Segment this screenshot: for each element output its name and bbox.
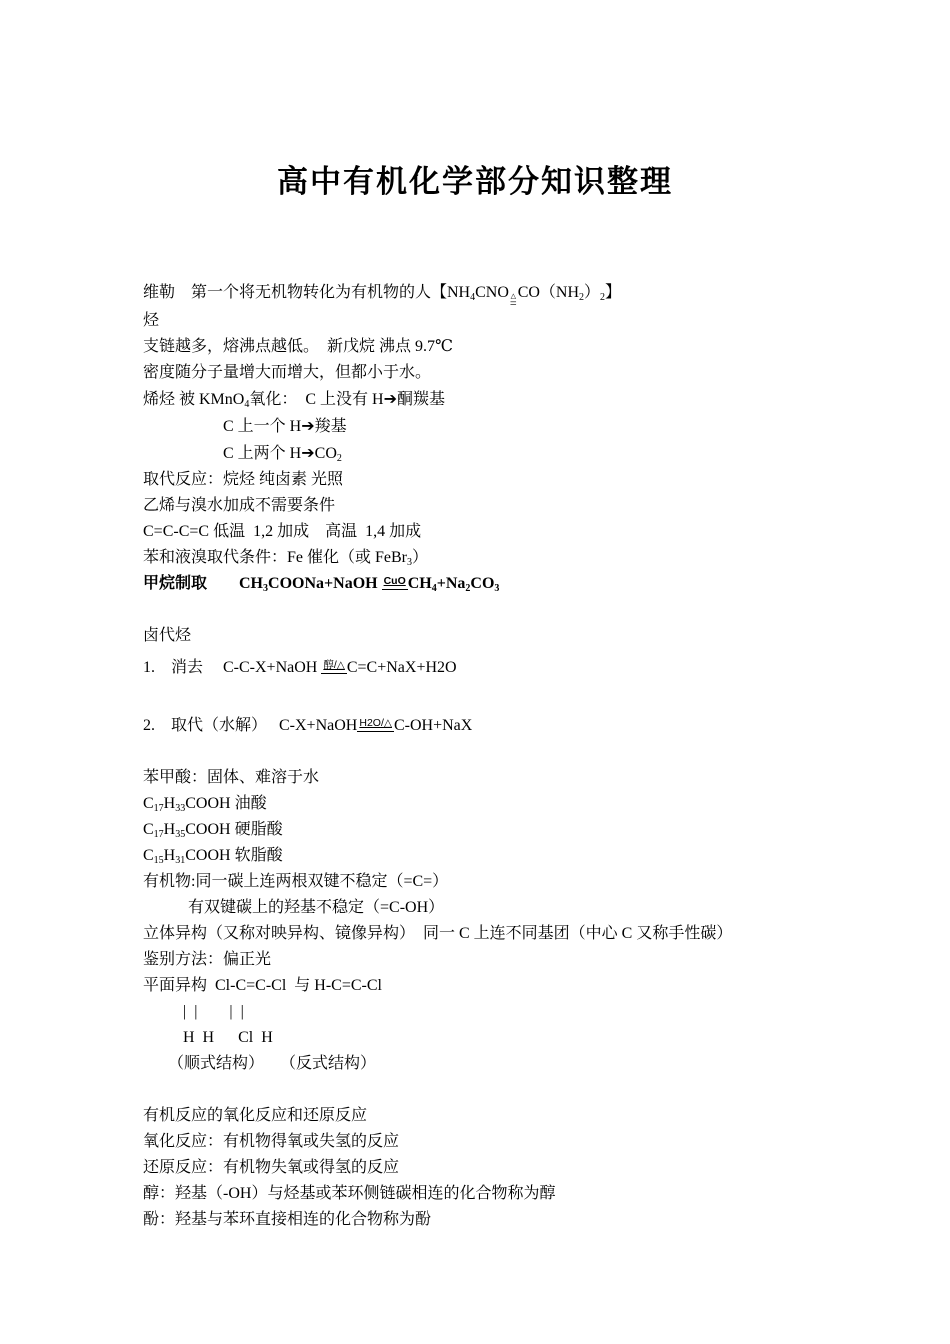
line-alcohol-def: 醇：羟基（-OH）与烃基或苯环侧链碳相连的化合物称为醇 bbox=[143, 1181, 883, 1207]
text-run: H H Cl H bbox=[183, 1029, 273, 1046]
text-run: 苯和液溴取代条件：Fe 催化（或 FeBr bbox=[143, 549, 407, 566]
page-title: 高中有机化学部分知识整理 bbox=[0, 156, 950, 201]
text-run: COOH 硬脂酸 bbox=[185, 821, 282, 838]
reaction-condition: 醇/△ bbox=[321, 660, 347, 674]
text-run: C-OH+NaX bbox=[394, 717, 472, 734]
text-run: CNO bbox=[475, 284, 509, 301]
text-run: CO bbox=[315, 445, 337, 462]
text-run: （顺式结构） （反式结构） bbox=[168, 1055, 376, 1072]
text-run: 醇：羟基（-OH）与烃基或苯环侧链碳相连的化合物称为醇 bbox=[143, 1185, 555, 1202]
text-run: 氧化反应：有机物得氧或失氢的反应 bbox=[143, 1133, 399, 1150]
line-density: 密度随分子量增大而增大，但都小于水。 bbox=[143, 360, 883, 386]
line-reduction-def: 还原反应：有机物失氧或得氢的反应 bbox=[143, 1155, 883, 1181]
line-phenol-def: 酚：羟基与苯环直接相连的化合物称为酚 bbox=[143, 1207, 883, 1233]
subscript: 35 bbox=[175, 829, 185, 840]
line-diene: C=C-C=C 低温 1,2 加成 高温 1,4 加成 bbox=[143, 519, 883, 545]
text-run: 氧化： C 上没有 H bbox=[249, 391, 383, 408]
line-blank bbox=[143, 597, 883, 623]
text-run: 烯烃 被 KMnO bbox=[143, 391, 244, 408]
text-run: 苯甲酸：固体、难溶于水 bbox=[143, 769, 319, 786]
right-arrow-icon: ➔ bbox=[301, 443, 314, 462]
text-run: H bbox=[164, 847, 176, 864]
text-run: CO（NH bbox=[518, 284, 579, 301]
line-redox-title: 有机反应的氧化反应和还原反应 bbox=[143, 1103, 883, 1129]
text-run: 有机物:同一碳上连两根双键不稳定（=C=） bbox=[143, 873, 448, 890]
text-run: 乙烯与溴水加成不需要条件 bbox=[143, 497, 335, 514]
text-run: 平面异构 Cl-C=C-Cl 与 H-C=C-Cl bbox=[143, 977, 382, 994]
line-benzene-bromine: 苯和液溴取代条件：Fe 催化（或 FeBr3） bbox=[143, 545, 883, 571]
line-haloalkane: 卤代烃 bbox=[143, 623, 883, 649]
line-blank bbox=[143, 681, 883, 707]
text-run: CH bbox=[408, 575, 432, 592]
subscript: 3 bbox=[494, 583, 499, 594]
text-run: 2. 取代（水解） C-X+NaOH bbox=[143, 717, 357, 734]
text-run: ） bbox=[584, 284, 600, 301]
subscript: 15 bbox=[154, 855, 164, 866]
text-run: C 上一个 H bbox=[223, 418, 301, 435]
reaction-condition: H2O/△ bbox=[357, 718, 394, 732]
text-run: +Na bbox=[437, 575, 466, 592]
text-run: 烃 bbox=[143, 312, 159, 329]
line-substitution: 取代反应：烷烃 纯卤素 光照 bbox=[143, 467, 883, 493]
line-planar-isomer: 平面异构 Cl-C=C-Cl 与 H-C=C-Cl bbox=[143, 973, 883, 999]
line-palmitic-acid: C15H31COOH 软脂酸 bbox=[143, 843, 883, 869]
line-hydrocarbon: 烃 bbox=[143, 308, 883, 334]
subscript: 31 bbox=[175, 855, 185, 866]
text-run: CO bbox=[470, 575, 494, 592]
text-run: | | | | bbox=[183, 1003, 244, 1020]
subscript: 2 bbox=[337, 453, 342, 464]
line-atoms: H H Cl H bbox=[143, 1025, 883, 1051]
text-run: 取代反应：烷烃 纯卤素 光照 bbox=[143, 471, 343, 488]
line-hydrolysis: 2. 取代（水解） C-X+NaOHH2O/△C-OH+NaX bbox=[143, 713, 883, 739]
text-run: C=C+NaX+H2O bbox=[347, 659, 457, 676]
text-run: 密度随分子量增大而增大，但都小于水。 bbox=[143, 364, 431, 381]
line-one-h: C 上一个 H➔羧基 bbox=[143, 413, 883, 440]
line-cis-trans: （顺式结构） （反式结构） bbox=[143, 1051, 883, 1077]
text-run: C=C-C=C 低温 1,2 加成 高温 1,4 加成 bbox=[143, 523, 421, 540]
text-run: H bbox=[164, 821, 176, 838]
text-run: 羧基 bbox=[315, 418, 347, 435]
line-identification: 鉴别方法：偏正光 bbox=[143, 947, 883, 973]
line-blank bbox=[143, 739, 883, 765]
text-run: 鉴别方法：偏正光 bbox=[143, 951, 271, 968]
line-stereoisomer: 立体异构（又称对映异构、镜像异构） 同一 C 上连不同基团（中心 C 又称手性碳… bbox=[143, 921, 883, 947]
line-wohler: 维勒 第一个将无机物转化为有机物的人【NH4CNO△=CO（NH2）2】 bbox=[143, 280, 883, 308]
reaction-condition: CuO bbox=[382, 576, 408, 590]
subscript: 17 bbox=[154, 829, 164, 840]
right-arrow-icon: ➔ bbox=[384, 389, 397, 408]
line-alkene-oxidation: 烯烃 被 KMnO4氧化： C 上没有 H➔酮羰基 bbox=[143, 386, 883, 413]
text-run: COOH 油酸 bbox=[185, 795, 266, 812]
right-arrow-icon: ➔ bbox=[301, 416, 314, 435]
line-blank bbox=[143, 1077, 883, 1103]
text-run: ） bbox=[412, 549, 428, 566]
text-run: COOH 软脂酸 bbox=[185, 847, 282, 864]
line-oxidation-def: 氧化反应：有机物得氧或失氢的反应 bbox=[143, 1129, 883, 1155]
text-run: 支链越多，熔沸点越低。 新戊烷 沸点 9.7℃ bbox=[143, 338, 453, 355]
line-stearic-acid: C17H35COOH 硬脂酸 bbox=[143, 817, 883, 843]
text-run: 立体异构（又称对映异构、镜像异构） 同一 C 上连不同基团（中心 C 又称手性碳… bbox=[143, 925, 732, 942]
text-run: COONa+NaOH bbox=[268, 575, 382, 592]
line-bonds: | | | | bbox=[143, 999, 883, 1025]
text-run: 1. 消去 C-C-X+NaOH bbox=[143, 659, 321, 676]
line-branching: 支链越多，熔沸点越低。 新戊烷 沸点 9.7℃ bbox=[143, 334, 883, 360]
text-run: C bbox=[143, 821, 154, 838]
text-run: 卤代烃 bbox=[143, 627, 191, 644]
text-run: 有机反应的氧化反应和还原反应 bbox=[143, 1107, 367, 1124]
document-page: 高中有机化学部分知识整理 维勒 第一个将无机物转化为有机物的人【NH4CNO△=… bbox=[0, 0, 950, 1344]
line-two-h: C 上两个 H➔CO2 bbox=[143, 440, 883, 467]
text-run: C 上两个 H bbox=[223, 445, 301, 462]
text-run: 有双键碳上的羟基不稳定（=C-OH） bbox=[188, 899, 444, 916]
heated-equals-icon: △= bbox=[510, 294, 517, 308]
text-run: 酚：羟基与苯环直接相连的化合物称为酚 bbox=[143, 1211, 431, 1228]
subscript: 33 bbox=[175, 803, 185, 814]
line-unstable-1: 有机物:同一碳上连两根双键不稳定（=C=） bbox=[143, 869, 883, 895]
text-run: H bbox=[164, 795, 176, 812]
text-run: C bbox=[143, 795, 154, 812]
text-run: 酮羰基 bbox=[397, 391, 445, 408]
line-unstable-2: 有双键碳上的羟基不稳定（=C-OH） bbox=[143, 895, 883, 921]
text-run: 】 bbox=[605, 284, 621, 301]
subscript: 17 bbox=[154, 803, 164, 814]
line-oleic-acid: C17H33COOH 油酸 bbox=[143, 791, 883, 817]
text-run: 维勒 第一个将无机物转化为有机物的人【NH bbox=[143, 284, 470, 301]
text-run: C bbox=[143, 847, 154, 864]
text-run: 还原反应：有机物失氧或得氢的反应 bbox=[143, 1159, 399, 1176]
document-body: 维勒 第一个将无机物转化为有机物的人【NH4CNO△=CO（NH2）2】烃支链越… bbox=[143, 280, 883, 1233]
line-methane-preparation: 甲烷制取 CH3COONa+NaOH CuOCH4+Na2CO3 bbox=[143, 571, 883, 597]
line-ethylene: 乙烯与溴水加成不需要条件 bbox=[143, 493, 883, 519]
line-benzoic-acid: 苯甲酸：固体、难溶于水 bbox=[143, 765, 883, 791]
text-run: 甲烷制取 CH bbox=[143, 575, 263, 592]
line-elimination: 1. 消去 C-C-X+NaOH 醇/△C=C+NaX+H2O bbox=[143, 655, 883, 681]
